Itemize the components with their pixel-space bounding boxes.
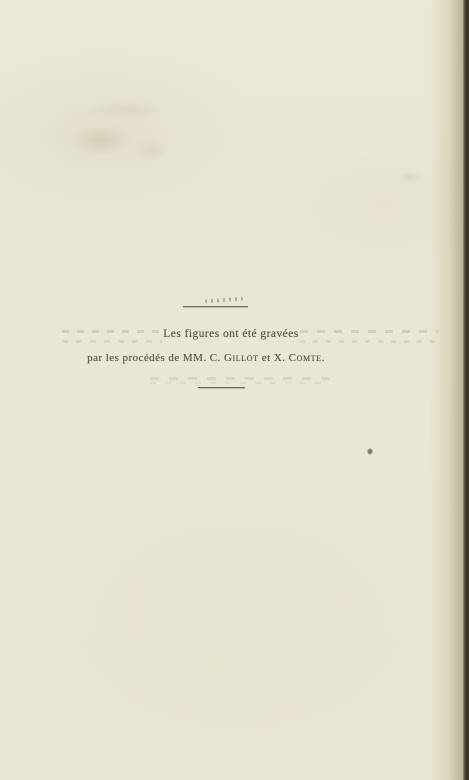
engraver-name-comte: Comte <box>289 352 322 364</box>
bleedthrough-dashes-lower <box>150 377 330 385</box>
bottom-rule <box>198 387 245 388</box>
page-edge-shadow <box>430 0 464 780</box>
credit-line-2-middle: et X. <box>259 352 289 364</box>
scanned-book-page: Les figures ont été gravées par les proc… <box>0 0 469 780</box>
page-edge-dark-line <box>463 0 469 780</box>
credit-line-2: par les procédés de MM. C. Gillot et X. … <box>0 352 412 364</box>
paper-speck <box>367 448 373 455</box>
credit-line-1: Les figures ont été gravées <box>0 328 462 340</box>
engraver-name-gillot: Gillot <box>224 352 259 364</box>
credit-line-2-suffix: . <box>322 352 325 364</box>
credit-line-2-prefix: par les procédés de MM. C. <box>87 352 224 364</box>
top-rule <box>183 306 248 307</box>
ornament-dots <box>205 297 243 304</box>
bleedthrough-smudge-top-left <box>55 95 195 170</box>
